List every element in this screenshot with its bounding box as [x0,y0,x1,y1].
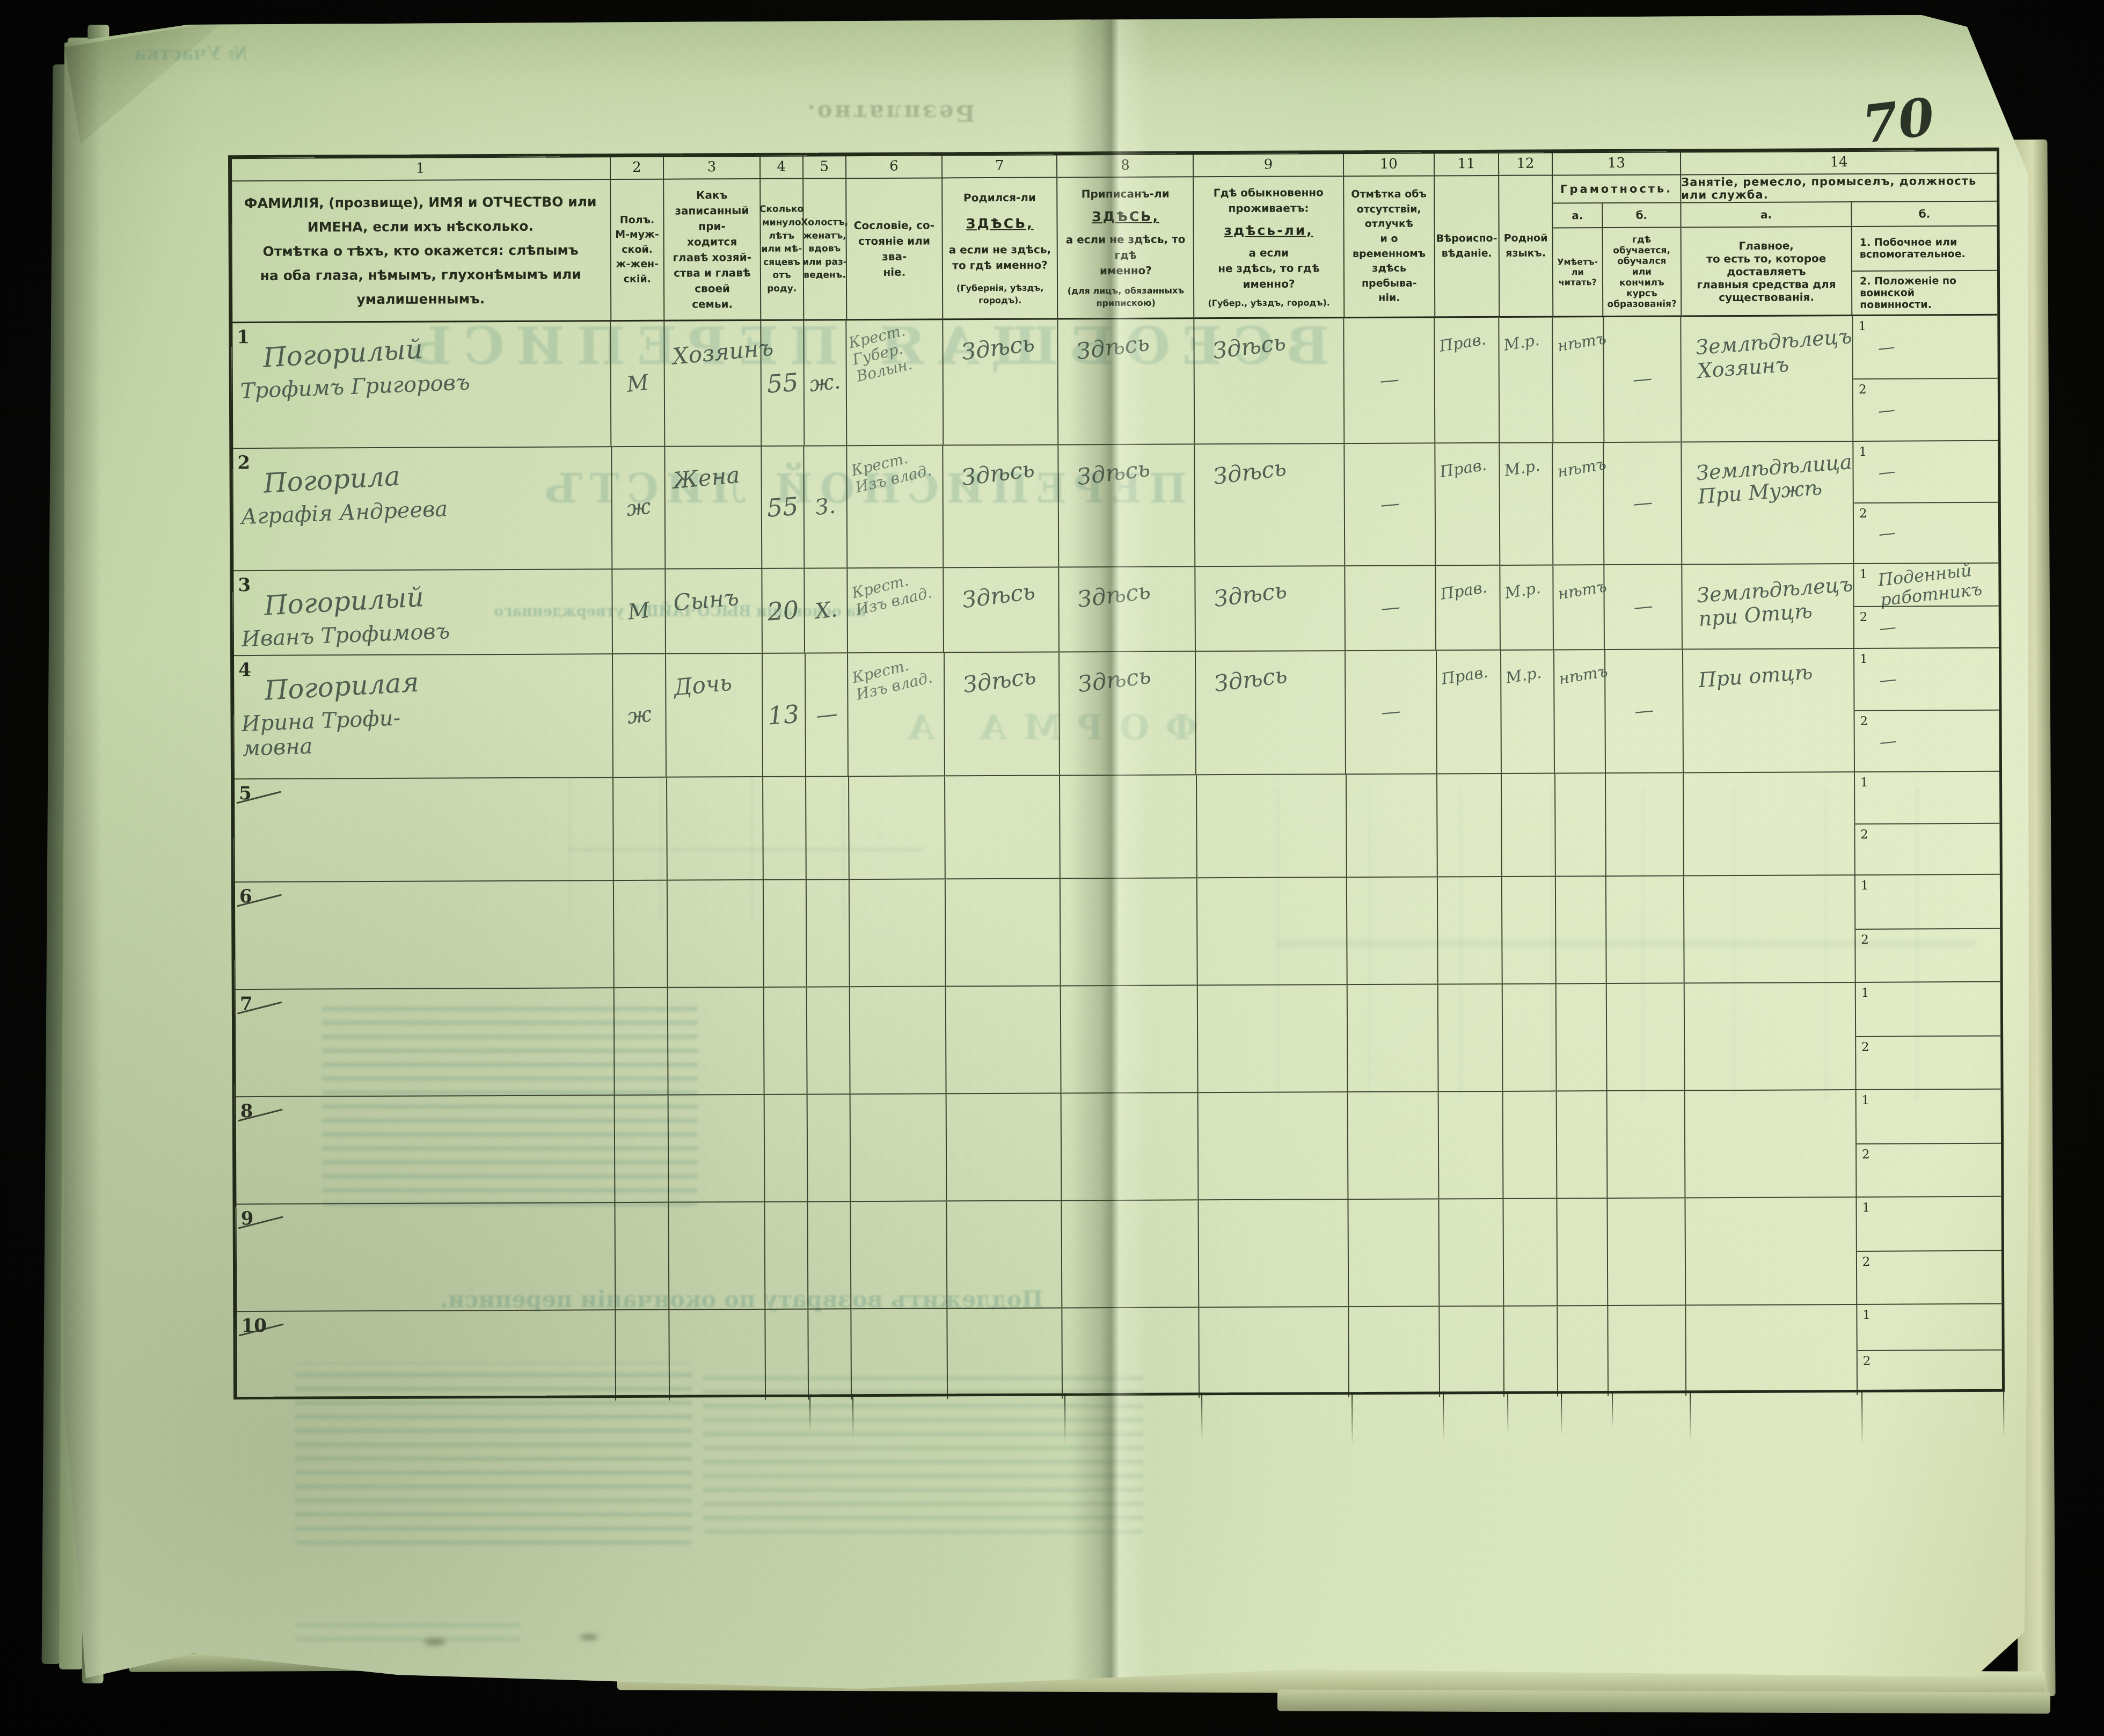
handwritten-entry: нѣтъ [1558,662,1609,688]
handwritten-entry: — [1633,595,1654,619]
cell-marital-status [806,777,850,879]
cell-registered-here [1062,1093,1199,1200]
handwritten-surname [266,990,613,1010]
column-title-emphasis: ЗДѢСЬ, [966,214,1034,234]
cell-born-here: Здѣсь [944,445,1059,567]
handwritten-entry: Крест. Изъ влад. [851,652,934,704]
cell-side-occupation: 1 2 [1857,1304,2002,1395]
cell-sex: М [612,570,666,653]
cell-absence: — [1344,318,1435,443]
handwritten-entry: — [1632,367,1653,391]
handwritten-entry: З. [814,493,837,520]
sub-item-number: 2 [1860,610,1868,624]
cell-name: 2 Погорила Аграфія Андреева [232,447,612,570]
bleed-through [295,1620,521,1642]
column-title: Сословіе, со- стояніе или зва- ніе. [846,178,943,319]
handwritten-entry [1699,884,1854,895]
column-number: 12 [1499,152,1552,176]
cell-language [1503,1199,1558,1305]
cell-born-here [946,879,1061,986]
cell-relation: Жена [666,447,762,568]
header-col-name: 1 ФАМИЛІЯ, (прозвище), ИМЯ и ОТЧЕСТВО ил… [231,156,611,322]
handwritten-entry: нѣтъ [1557,455,1608,481]
side-occupation-2: 2 — [1854,502,1999,563]
cell-born-here [947,1201,1062,1308]
cell-relation: Дочь [666,654,763,777]
cell-literacy: нѣтъ [1553,443,1605,564]
header-col-relation: 3 Какъ записанный при- ходится главѣ хоз… [664,156,761,320]
handwritten-entry: М [625,370,650,397]
row-number: 7 [240,993,253,1015]
column-title: а если не здѣсь, то гдѣ именно? [949,242,1051,273]
column-number: 3 [664,156,759,180]
handwritten-entry: При отцѣ [1698,658,1854,692]
cell-religion: Прав. [1436,443,1501,565]
column-note: (Губернія, уѣздъ, городъ). [947,281,1053,307]
cell-side-occupation: 1 2 [1855,875,2000,982]
handwritten-entry: М.р. [1504,664,1543,688]
cell-absence: — [1345,443,1436,565]
cell-literacy: нѣтъ [1553,317,1604,442]
cell-marital-status [808,1309,851,1399]
cell-marital-status [808,1202,851,1308]
row-number: 2 [237,452,250,473]
column-number: 14 [1681,150,1997,176]
column-title: Сколько минуло лѣтъ или мѣ- сяцевъ отъ р… [761,179,803,319]
cell-main-occupation [1685,1090,1857,1197]
handwritten-entry: — [1878,669,1897,690]
cell-literacy [1555,774,1607,876]
cell-registered-here [1061,878,1197,985]
side-occupation-2: 2 — [1854,710,1999,771]
handwritten-entry: — [1633,699,1655,723]
cell-sex [615,1096,669,1202]
sub-item-number: 2 [1859,507,1867,521]
cell-registered-here [1062,1200,1199,1307]
row-number: 4 [238,659,251,681]
handwritten-entry: нѣтъ [1557,578,1609,603]
cell-age [765,1310,808,1400]
cell-born-here: Здѣсь [943,319,1058,444]
row-number: 9 [241,1208,254,1229]
census-sheet: Безплатно. № Участка ВСЕОБЩАЯ ПЕРЕПИСЬ П… [64,15,2029,1706]
side-occupation-1: 1 [1856,982,2001,1036]
cell-language: М.р. [1501,650,1555,772]
cell-literacy: нѣтъ [1554,650,1606,772]
table-body: 1 Погорилый Трофимъ Григоровъ М Хозяинъ … [231,316,2002,1402]
cell-relation [668,988,764,1095]
cell-born-here: Здѣсь [944,567,1060,652]
cell-language: М.р. [1500,443,1554,564]
handwritten-entry: Х. [814,597,838,624]
handwritten-entry: 55 [766,368,799,398]
cell-education [1606,773,1684,876]
column-title-emphasis: ЗДѢСЬ, [1092,207,1159,227]
cell-marital-status: Х. [805,568,848,652]
side-occupation-2: 2 [1857,1143,2001,1197]
cell-side-occupation: 1 — 2 — [1853,316,1998,441]
cell-absence: — [1345,566,1436,650]
cell-estate: Крест. Изъ влад. [848,568,944,652]
rule-stub [1443,1391,1444,1441]
side-occupation-2: 2 [1858,1350,2003,1395]
cell-residence: Здѣсь [1195,444,1345,566]
cell-marital-status: — [806,653,849,776]
table-row: 5 1 2 [233,771,2000,881]
column-number: 1 [231,156,610,181]
sub-item-number: 2 [1860,828,1868,842]
sub-item-number: 1 [1862,1308,1871,1322]
sub-item-number: 2 [1861,933,1869,947]
cell-name: 6 [234,881,615,989]
cell-marital-status: ж. [804,320,848,445]
cell-education: — [1605,565,1683,649]
cell-estate [851,1201,947,1308]
column-title: а если не здѣсь, то гдѣ именно? [1062,232,1189,279]
side-occupation-1: 1 [1857,1304,2002,1350]
cell-name: 3 Погорилый Иванъ Трофимовъ [232,570,612,655]
cell-education: — [1605,650,1684,772]
header-col-marital: 5 Холостъ, женатъ, вдовъ или раз- веденъ… [803,155,847,319]
cell-sex [614,881,668,987]
handwritten-entry: ж. [808,369,842,397]
cell-relation [669,1202,765,1309]
handwritten-entry: — [1877,461,1897,483]
cell-education [1608,1091,1685,1198]
handwritten-entry: Крест. Изъ влад. [850,567,934,619]
handwritten-entry: Прав. [1440,663,1489,688]
cell-name: 1 Погорилый Трофимъ Григоровъ [231,322,611,448]
cell-residence [1198,1092,1348,1199]
cell-name: 7 [235,988,615,1096]
column-title: Гдѣ обыкновенно проживаетъ: [1214,185,1324,216]
cell-absence [1348,1199,1440,1306]
handwritten-entry: Здѣсь [1212,455,1288,490]
column-number: 4 [761,156,802,179]
handwritten-given-name [243,885,612,900]
table-row: 1 Погорилый Трофимъ Григоровъ М Хозяинъ … [231,316,1998,448]
cell-sex [615,1203,669,1309]
column-title: Вѣроиспо- вѣданіе. [1435,176,1499,317]
cell-absence: — [1346,651,1437,774]
row-number: 1 [237,326,250,348]
column-title: Приписанъ-ли [1082,186,1170,202]
cell-born-here [947,1093,1062,1200]
handwritten-entry: Здѣсь [1075,330,1151,365]
cell-literacy [1557,1091,1608,1198]
rule-stub [1612,1391,1613,1428]
cell-absence [1347,877,1438,984]
cell-main-occupation [1684,772,1855,875]
header-col-language: 12 Родной языкъ. [1499,152,1553,316]
handwritten-entry: ж [625,494,652,522]
rule-stub [1064,1393,1065,1444]
handwritten-surname [266,1097,613,1117]
sub-item-number: 1 [1860,776,1868,790]
cell-relation: Хозяинъ [664,321,762,446]
table-row: 3 Погорилый Иванъ Трофимовъ М Сынъ 20 Х.… [232,563,1999,655]
cell-absence [1348,1092,1439,1199]
cell-age: 20 [762,569,805,653]
cell-religion [1438,877,1503,984]
cell-estate [850,1094,947,1201]
handwritten-entry: Здѣсь [962,663,1038,698]
column-number: 9 [1194,153,1342,177]
cell-residence [1199,1307,1349,1398]
handwritten-given-name [242,782,612,797]
sub-column-label: а. [1681,202,1852,227]
cell-marital-status [807,1095,851,1201]
sub-item-number: 2 [1861,1040,1869,1054]
cell-registered-here: Здѣсь [1060,652,1196,775]
cell-age: 55 [762,447,805,568]
handwritten-entry: нѣтъ [1556,330,1608,355]
rule-stub [1561,1391,1562,1436]
handwritten-entry: — [1632,491,1654,515]
cell-religion [1437,774,1502,877]
cell-sex: ж [612,447,666,568]
sub-column-label: б. [1603,203,1680,227]
cell-sex: ж [613,654,667,777]
cell-language [1503,984,1557,1090]
table-row: 7 1 2 [235,981,2001,1096]
cell-education [1608,1198,1686,1305]
cell-sex [616,1310,669,1401]
cell-education [1609,1305,1686,1396]
rule-stub [1201,1392,1202,1440]
handwritten-entry: М.р. [1503,579,1542,603]
sub-item-number: 2 [1860,714,1868,728]
cell-education: — [1604,317,1682,442]
side-occupation-1: 1 [1855,772,2000,823]
header-col-age: 4 Сколько минуло лѣтъ или мѣ- сяцевъ отъ… [761,156,804,319]
handwritten-entry: М.р. [1503,457,1541,480]
column-group-title: Занятіе, ремесло, промыселъ, должность и… [1681,174,1997,203]
cell-literacy [1557,1199,1609,1305]
cell-absence [1347,984,1438,1091]
handwritten-entry: 55 [766,492,799,522]
handwritten-given-name [244,1207,614,1222]
row-number: 6 [239,886,252,907]
cell-residence [1197,985,1348,1092]
cell-relation [667,880,764,987]
column-note: (Губер., уѣздъ, городъ). [1208,296,1329,309]
handwritten-given-name [244,1100,613,1114]
handwritten-entry: Сынъ [673,585,740,616]
cell-language [1502,877,1557,983]
cell-side-occupation: 1 Поденный работникъ 2 — [1854,564,1999,648]
side-occupation-1: 1 Поденный работникъ [1854,564,1998,606]
sub-item-number: 1 [1859,445,1867,459]
handwritten-entry: Здѣсь [1077,663,1152,698]
handwritten-entry: Прав. [1438,330,1487,355]
column-number: 10 [1344,152,1434,177]
cell-absence [1349,1307,1440,1397]
side-occupation-2: 2 — [1854,606,1999,648]
cell-age [765,1202,808,1309]
column-number: 2 [611,156,663,180]
side-occupation-1: 1 [1857,1197,2001,1251]
photo-stage: Безплатно. № Участка ВСЕОБЩАЯ ПЕРЕПИСЬ П… [0,0,2104,1736]
sub-item-number: 2 [1859,383,1867,397]
column-title: Полъ. М-муж- ской. ж-жен- скій. [611,180,664,320]
column-note: (для лицъ, обязанныхъ припискою) [1068,284,1185,309]
handwritten-entry: ж [626,702,653,730]
header-col-literacy: 13 Грамотность. а. б. Умѣетъ- ли читать?… [1553,151,1682,316]
column-number: 6 [846,155,942,179]
side-occupation-2: 2 [1855,823,2000,874]
rule-stub [1351,1392,1353,1446]
handwritten-entry [1701,1314,1856,1325]
handwritten-entry: Здѣсь [1076,456,1151,491]
cell-registered-here [1061,986,1198,1092]
row-number: 5 [239,783,252,804]
cell-age [764,988,808,1094]
cell-literacy [1556,984,1608,1090]
handwritten-entry: М.р. [1502,331,1540,355]
cell-absence [1347,774,1438,877]
header-col-absence: 10 Отмѣтка объ отсутствіи, отлучкѣ и о в… [1344,152,1436,317]
header-col-registered-here: 8 Приписанъ-ли ЗДѢСЬ, а если не здѣсь, т… [1057,154,1194,318]
cell-registered-here: Здѣсь [1058,444,1195,566]
handwritten-entry: Землѣдѣлица При Мужѣ [1696,450,1854,509]
cell-relation: Сынъ [666,569,763,653]
row-number: 10 [241,1315,267,1337]
cell-sex [615,988,669,1095]
sub-item-number: 2 [1862,1255,1871,1269]
handwritten-entry: М [626,598,651,625]
sub-item-number: 1 [1861,879,1869,893]
rule-stub [852,1394,853,1437]
cell-name: 4 Погорилая Ирина Трофи- мовна [233,654,613,778]
column-title: Родился-ли [963,190,1036,206]
row-number: 8 [240,1100,253,1122]
sub-item-number: 1 [1861,986,1869,1000]
handwritten-entry: Здѣсь [1212,578,1288,612]
handwritten-entry: Здѣсь [1213,662,1289,697]
header-col-religion: 11 Вѣроиспо- вѣданіе. [1435,152,1500,317]
handwritten-surname [265,779,612,799]
table-row: 4 Погорилая Ирина Трофи- мовна ж Дочь 13… [233,647,1999,778]
table-row: 10 1 2 [236,1303,2002,1402]
page-number: 70 [1859,86,1938,155]
cell-born-here [947,1308,1063,1399]
cell-main-occupation [1685,983,1857,1090]
column-number: 13 [1553,151,1680,176]
handwritten-entry: 13 [767,699,800,730]
pencil-smudge [580,1634,598,1640]
sub-column-title: гдѣ обучается, обучался или кончилъ курс… [1603,228,1681,316]
handwritten-entry: Здѣсь [961,579,1036,614]
sub-column-item: 2. Положеніе по воинской повинности. [1852,269,1997,315]
handwritten-entry: — [1379,493,1400,517]
pencil-smudge [424,1638,445,1646]
handwritten-entry: Прав. [1439,456,1488,481]
column-group-title: Грамотность. [1553,175,1680,203]
handwritten-surname [267,1312,615,1332]
cell-name: 10 [236,1310,616,1402]
cell-language [1504,1306,1558,1396]
cell-sex: М [611,322,666,446]
cell-residence: Здѣсь [1196,651,1346,774]
rule-stub [809,1394,810,1432]
cell-estate [851,1309,948,1399]
cell-estate: Крест. Изъ влад. [848,653,945,776]
cell-main-occupation [1686,1305,1858,1396]
side-occupation-2: 2 — [1853,378,1998,441]
cell-name: 5 [233,778,614,881]
handwritten-entry: Жена [672,462,741,494]
cell-age [764,880,807,987]
handwritten-entry: Прав. [1440,578,1488,603]
cell-religion: Прав. [1435,318,1500,443]
header-col-estate: 6 Сословіе, со- стояніе или зва- ніе. [846,155,944,319]
cell-born-here: Здѣсь [945,652,1060,775]
table-row: 2 Погорила Аграфія Андреева ж Жена 55 З.… [232,440,1998,570]
side-occupation-1: 1 [1855,875,2000,929]
sub-column-title: Умѣетъ- ли читать? [1553,228,1603,316]
cell-language [1502,774,1556,876]
sub-column-label: а. [1553,203,1603,227]
header-col-occupation: 14 Занятіе, ремесло, промыселъ, должност… [1681,150,1997,316]
handwritten-given-name [243,993,613,1007]
cell-marital-status: З. [805,446,848,567]
cell-side-occupation: 1 2 [1855,772,2000,874]
cell-residence: Здѣсь [1194,318,1345,443]
handwritten-entry: — [1878,617,1897,638]
header-col-residence: 9 Гдѣ обыкновенно проживаетъ: здѣсь-ли, … [1194,153,1344,317]
handwritten-entry: Крест. Изъ влад. [850,445,933,497]
handwritten-entry: Поденный работникъ [1877,559,1983,610]
side-occupation-1: 1 — [1854,648,1999,710]
cell-registered-here: Здѣсь [1058,319,1195,444]
cell-main-occupation: При отцѣ [1683,649,1855,772]
page-curvature-shadow [64,15,102,1706]
table-header: 1 ФАМИЛІЯ, (прозвище), ИМЯ и ОТЧЕСТВО ил… [231,150,1997,323]
column-title: Родной языкъ. [1499,176,1552,316]
cell-religion [1438,984,1503,1091]
cell-relation [668,1095,765,1202]
column-number: 5 [803,155,845,179]
rule-stub [2003,1389,2004,1438]
column-title: Отмѣтка объ отсутствіи, отлучкѣ и о врем… [1344,176,1435,317]
cell-literacy: нѣтъ [1554,565,1605,649]
table-row: 6 1 2 [234,874,2000,989]
handwritten-entry: — [1877,399,1896,421]
cell-name: 8 [235,1096,616,1203]
sub-item-number: 1 [1859,567,1867,581]
cell-language [1503,1091,1557,1198]
rule-stub [1861,1390,1862,1446]
cell-religion [1440,1307,1504,1397]
sub-item-number: 2 [1862,1148,1870,1162]
side-occupation-1: 1 [1856,1090,2001,1143]
cell-registered-here [1063,1308,1200,1398]
cell-education [1607,983,1685,1090]
column-title: ФАМИЛІЯ, (прозвище), ИМЯ и ОТЧЕСТВО или … [231,180,610,322]
cell-main-occupation [1684,876,1856,982]
column-title: Какъ записанный при- ходится главѣ хозяй… [664,179,760,320]
handwritten-entry: — [1379,596,1401,621]
cell-education [1606,876,1684,983]
handwritten-entry: Землѣдѣлецъ при Отцѣ [1696,573,1855,631]
cell-literacy [1555,877,1607,983]
column-number: 11 [1435,152,1498,177]
handwritten-entry [1700,1099,1855,1110]
cell-main-occupation: Землѣдѣлица При Мужѣ [1682,442,1854,564]
header-col-sex: 2 Полъ. М-муж- ской. ж-жен- скій. [611,156,665,320]
column-number: 7 [943,154,1056,178]
